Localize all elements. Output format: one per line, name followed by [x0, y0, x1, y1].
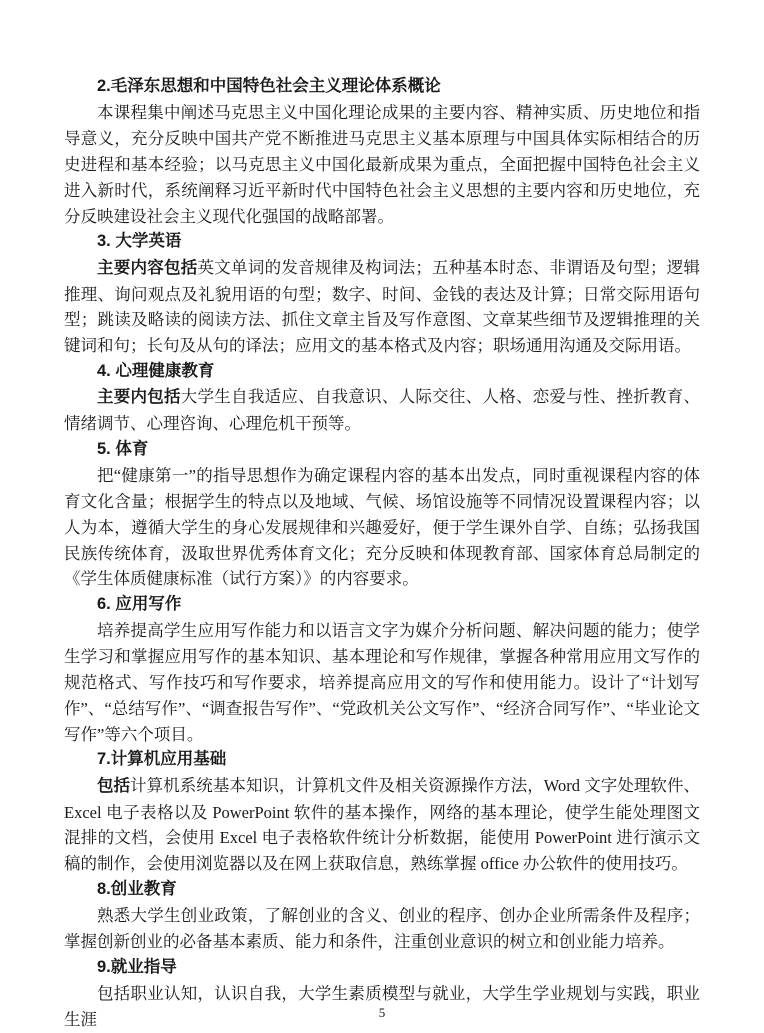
- course-description: 培养提高学生应用写作能力和以语言文字为媒介分析问题、解决问题的能力；使学生学习和…: [64, 618, 700, 748]
- course-heading: 4. 心理健康教育: [64, 359, 700, 385]
- lead-phrase: 主要内包括: [97, 388, 181, 406]
- course-description: 本课程集中阐述马克思主义中国化理论成果的主要内容、精神实质、历史地位和指导意义，…: [64, 100, 700, 230]
- course-section-7: 7.计算机应用基础 包括计算机系统基本知识，计算机文件及相关资源操作方法，Wor…: [64, 747, 700, 877]
- lead-phrase: 主要内容包括: [97, 259, 198, 277]
- course-section-9: 9.就业指导 包括职业认知，认识自我，大学生素质模型与就业，大学生学业规划与实践…: [64, 955, 700, 1033]
- course-description: 把“健康第一”的指导思想作为确定课程内容的基本出发点，同时重视课程内容的体育文化…: [64, 463, 700, 593]
- description-text: 把“健康第一”的指导思想作为确定课程内容的基本出发点，同时重视课程内容的体育文化…: [64, 466, 700, 589]
- course-section-3: 3. 大学英语 主要内容包括英文单词的发音规律及构词法；五种基本时态、非谓语及句…: [64, 229, 700, 359]
- course-section-4: 4. 心理健康教育 主要内包括大学生自我适应、自我意识、人际交往、人格、恋爱与性…: [64, 359, 700, 437]
- course-heading: 2.毛泽东思想和中国特色社会主义理论体系概论: [64, 74, 700, 100]
- description-text: 计算机系统基本知识，计算机文件及相关资源操作方法，Word 文字处理软件、Exc…: [64, 776, 700, 873]
- lead-phrase: 包括: [97, 777, 130, 795]
- course-description: 主要内包括大学生自我适应、自我意识、人际交往、人格、恋爱与性、挫折教育、情绪调节…: [64, 384, 700, 436]
- course-section-5: 5. 体育 把“健康第一”的指导思想作为确定课程内容的基本出发点，同时重视课程内…: [64, 437, 700, 592]
- course-heading: 5. 体育: [64, 437, 700, 463]
- page-number: 5: [0, 1005, 764, 1021]
- document-page: 2.毛泽东思想和中国特色社会主义理论体系概论 本课程集中阐述马克思主义中国化理论…: [0, 0, 764, 1033]
- description-text: 本课程集中阐述马克思主义中国化理论成果的主要内容、精神实质、历史地位和指导意义，…: [64, 103, 700, 226]
- course-heading: 8.创业教育: [64, 877, 700, 903]
- course-section-6: 6. 应用写作 培养提高学生应用写作能力和以语言文字为媒介分析问题、解决问题的能…: [64, 592, 700, 747]
- course-heading: 7.计算机应用基础: [64, 747, 700, 773]
- document-body: 2.毛泽东思想和中国特色社会主义理论体系概论 本课程集中阐述马克思主义中国化理论…: [64, 74, 700, 1033]
- course-section-8: 8.创业教育 熟悉大学生创业政策，了解创业的含义、创业的程序、创办企业所需条件及…: [64, 877, 700, 955]
- course-description: 熟悉大学生创业政策，了解创业的含义、创业的程序、创办企业所需条件及程序；掌握创新…: [64, 903, 700, 955]
- course-section-2: 2.毛泽东思想和中国特色社会主义理论体系概论 本课程集中阐述马克思主义中国化理论…: [64, 74, 700, 229]
- course-heading: 9.就业指导: [64, 955, 700, 981]
- description-text: 培养提高学生应用写作能力和以语言文字为媒介分析问题、解决问题的能力；使学生学习和…: [64, 621, 700, 744]
- course-heading: 3. 大学英语: [64, 229, 700, 255]
- course-description: 主要内容包括英文单词的发音规律及构词法；五种基本时态、非谓语及句型；逻辑推理、询…: [64, 255, 700, 359]
- course-description: 包括计算机系统基本知识，计算机文件及相关资源操作方法，Word 文字处理软件、E…: [64, 773, 700, 877]
- course-heading: 6. 应用写作: [64, 592, 700, 618]
- description-text: 熟悉大学生创业政策，了解创业的含义、创业的程序、创办企业所需条件及程序；掌握创新…: [64, 906, 700, 952]
